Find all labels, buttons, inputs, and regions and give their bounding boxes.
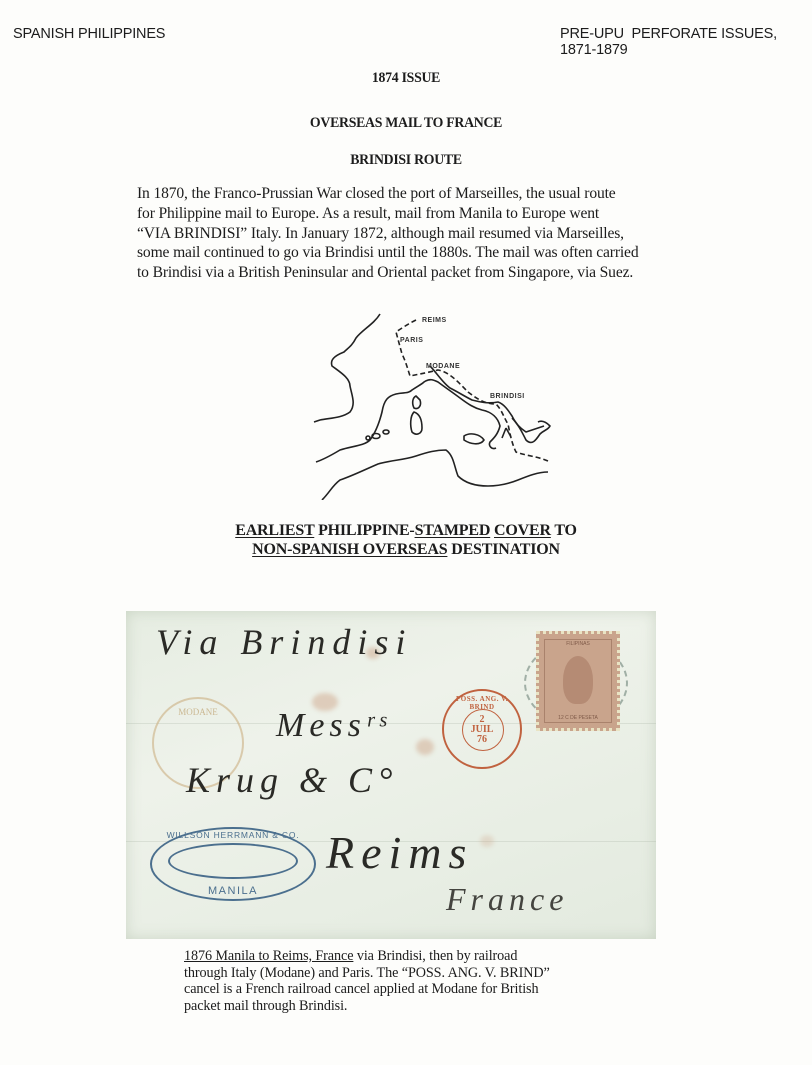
subheading-text: PHILIPPINE-	[314, 522, 414, 539]
poss-ang-cancel: POSS. ANG. V. BRIND 2 JUIL 76	[442, 689, 522, 769]
caption-line: packet mail through Brindisi.	[184, 998, 644, 1015]
cancel-year: 76	[444, 735, 520, 745]
map-label-paris: PARIS	[400, 337, 423, 344]
cover-subheading: EARLIEST PHILIPPINE-STAMPED COVER TO NON…	[0, 521, 812, 559]
route-heading: BRINDISI ROUTE	[32, 152, 779, 169]
intro-line: some mail continued to go via Brindisi u…	[137, 243, 707, 263]
subheading-line2: NON-SPANISH OVERSEAS DESTINATION	[0, 540, 812, 559]
oval-inner-ring	[168, 843, 298, 879]
subheading-earliest: EARLIEST	[235, 522, 314, 539]
intro-line: for Philippine mail to Europe. As a resu…	[137, 204, 707, 224]
cancel-arc-text: POSS. ANG. V. BRIND	[444, 695, 520, 711]
postage-stamp: FILIPINAS 12 C DE PESETA	[536, 631, 620, 731]
subheading-text: TO	[551, 522, 577, 539]
caption-line: 1876 Manila to Reims, France via Brindis…	[184, 948, 644, 965]
map-coastline-adriatic	[430, 366, 544, 432]
stamp-figure	[563, 656, 593, 704]
header-section-line1: PRE-UPU PERFORATE ISSUES,	[560, 26, 777, 42]
caption-line: through Italy (Modane) and Paris. The “P…	[184, 965, 644, 982]
map-label-brindisi: BRINDISI	[490, 393, 525, 400]
route-map: REIMS PARIS MODANE BRINDISI	[312, 300, 574, 500]
intro-line: In 1870, the Franco-Prussian War closed …	[137, 184, 707, 204]
subheading-non-spanish: NON-SPANISH OVERSEAS	[252, 541, 447, 558]
intro-line: “VIA BRINDISI” Italy. In January 1872, a…	[137, 224, 707, 244]
subheading-cover: COVER	[494, 522, 551, 539]
sender-oval-handstamp: WILLSON HERRMANN & CO. MANILA	[150, 827, 316, 901]
subheading-text: DESTINATION	[447, 541, 559, 558]
caption-text: via Brindisi, then by railroad	[353, 948, 517, 964]
map-label-reims: REIMS	[422, 317, 447, 324]
map-island-sardinia	[411, 412, 422, 434]
header-section-line2: 1871-1879	[560, 42, 777, 58]
subheading-line1: EARLIEST PHILIPPINE-STAMPED COVER TO	[0, 521, 812, 540]
map-coastline-france	[314, 314, 380, 422]
map-coastline-africa	[322, 450, 548, 500]
handwriting-messrs: Messʳˢ	[276, 707, 391, 745]
intro-paragraph: In 1870, the Franco-Prussian War closed …	[137, 184, 707, 283]
faint-cancel-text: MODANE	[154, 707, 242, 717]
handwriting-city: Reims	[326, 826, 473, 879]
caption-title: 1876 Manila to Reims, France	[184, 948, 353, 964]
page-title: OVERSEAS MAIL TO FRANCE	[32, 115, 779, 132]
handwriting-country: France	[446, 881, 568, 918]
oval-bottom-text: MANILA	[152, 885, 314, 897]
map-label-modane: MODANE	[426, 363, 460, 370]
map-coastline-mediterranean	[316, 380, 500, 462]
page-header-country: SPANISH PHILIPPINES	[13, 26, 165, 42]
map-island-corsica	[413, 396, 421, 409]
cover-caption: 1876 Manila to Reims, France via Brindis…	[184, 948, 644, 1014]
subheading-stamped: STAMPED	[415, 522, 491, 539]
intro-line: to Brindisi via a British Peninsular and…	[137, 263, 707, 283]
caption-line: cancel is a French railroad cancel appli…	[184, 981, 644, 998]
issue-heading: 1874 ISSUE	[32, 70, 779, 87]
stamp-value-text: 12 C DE PESETA	[546, 715, 610, 721]
handwriting-via-brindisi: Via Brindisi	[156, 621, 412, 663]
stain	[480, 835, 494, 847]
map-island-sicily	[464, 434, 484, 444]
cover-image: MODANE FILIPINAS 12 C DE PESETA POSS. AN…	[126, 611, 656, 939]
stain	[416, 739, 434, 755]
handwriting-addressee: Krug & C°	[186, 759, 398, 801]
oval-top-text: WILLSON HERRMANN & CO.	[152, 830, 314, 840]
stamp-top-text: FILIPINAS	[546, 641, 610, 647]
page-header-section: PRE-UPU PERFORATE ISSUES, 1871-1879	[560, 26, 777, 58]
